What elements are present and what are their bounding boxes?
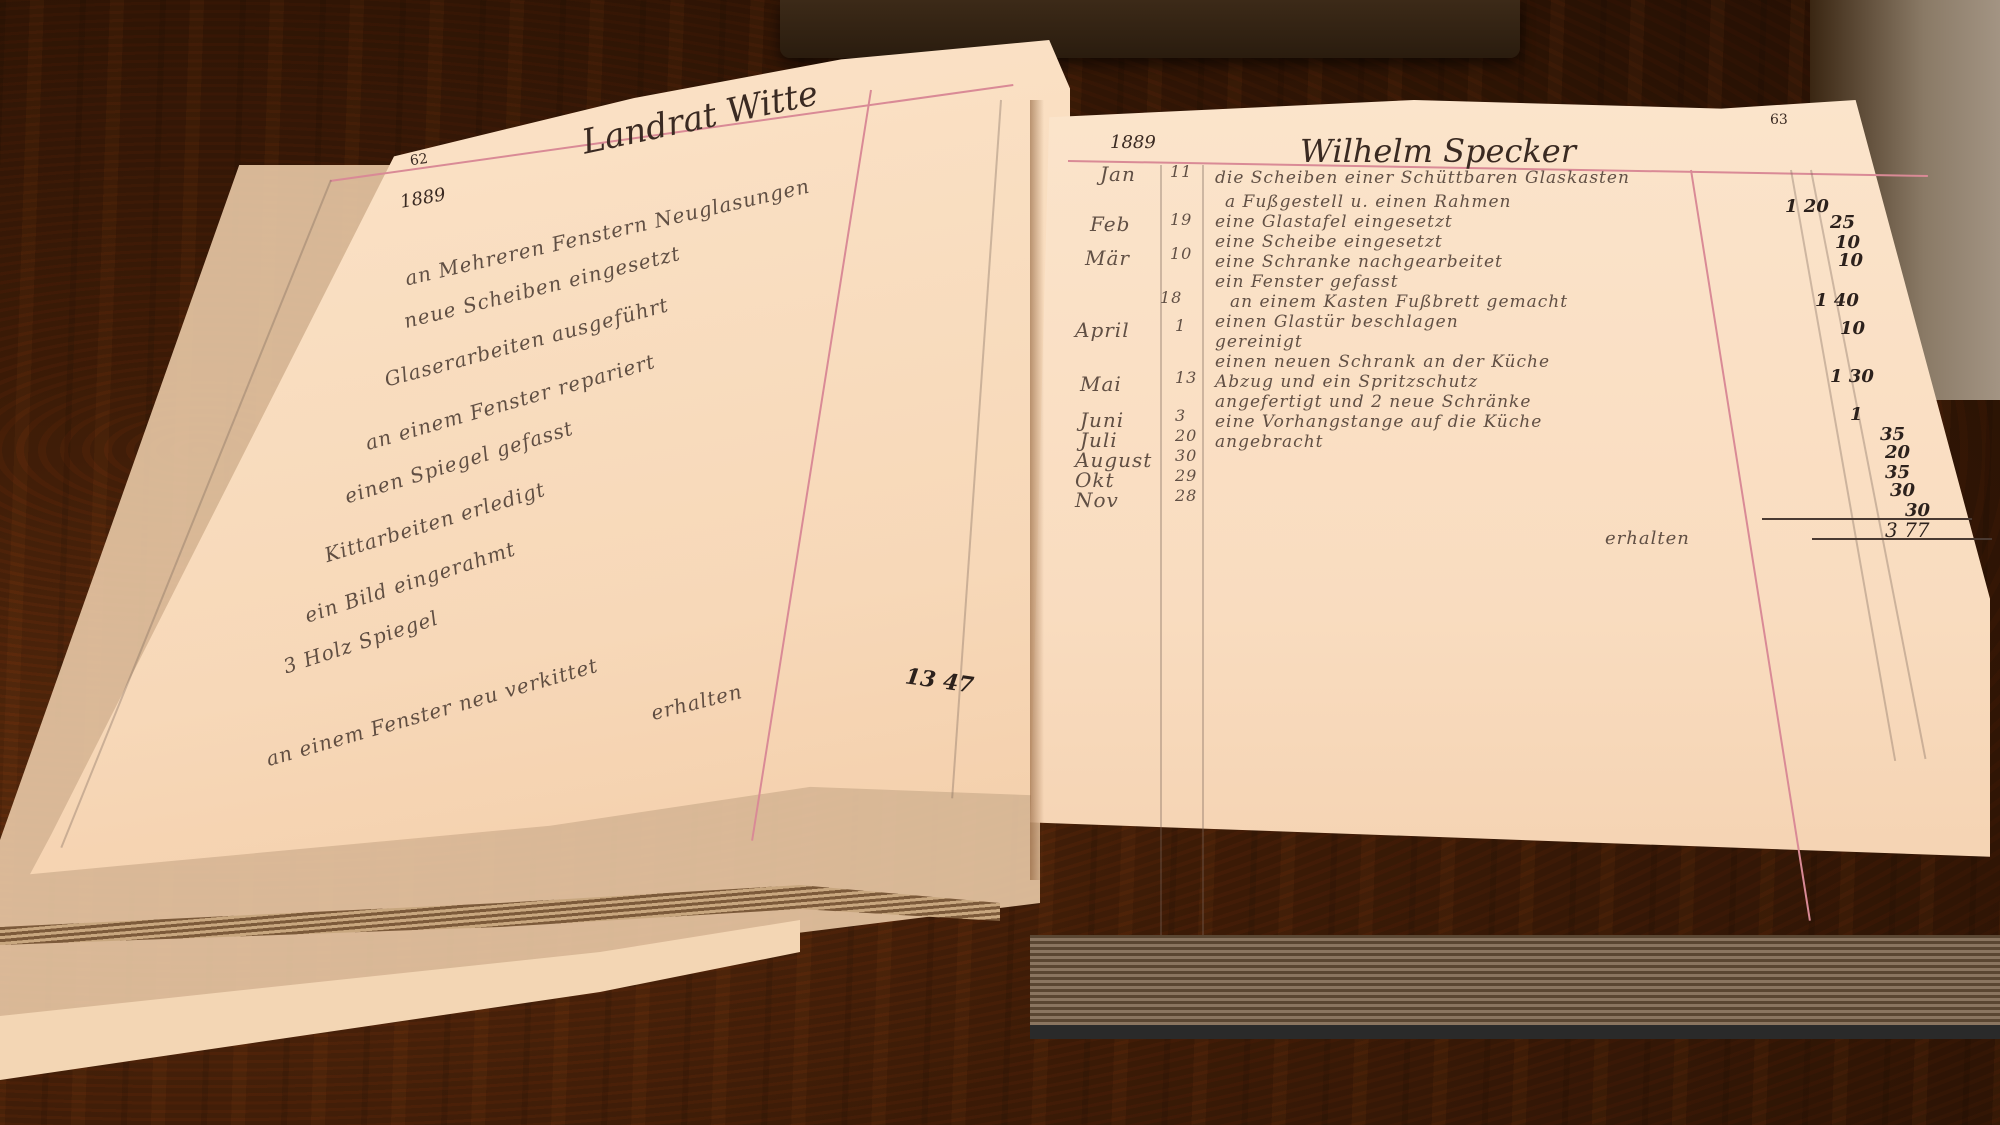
row-month: Jan (1100, 162, 1136, 186)
row-amount: 20 (1885, 442, 1910, 463)
row-amount: 25 (1830, 212, 1855, 233)
row-text: angefertigt und 2 neue Schränke (1215, 392, 1531, 412)
row-text: Abzug und ein Spritzschutz (1215, 372, 1478, 392)
right-page-edges (1030, 935, 2000, 1039)
row-day: 1 (1175, 316, 1186, 335)
book-spine (1030, 100, 1044, 880)
row-month: Feb (1090, 212, 1130, 236)
left-page-number: 62 (409, 151, 429, 169)
row-text: einen neuen Schrank an der Küche (1215, 352, 1550, 372)
row-day: 30 (1175, 446, 1197, 465)
row-text: eine Schranke nachgearbeitet (1215, 252, 1503, 272)
row-day: 20 (1175, 426, 1197, 445)
row-text: einen Glastür beschlagen (1215, 312, 1459, 332)
row-text: ein Fenster gefasst (1215, 272, 1399, 292)
row-amount: 10 (1838, 250, 1863, 271)
row-day: 18 (1160, 288, 1182, 307)
subtotal-rule (1762, 518, 1972, 520)
row-text: an einem Kasten Fußbrett gemacht (1230, 292, 1568, 312)
row-amount: 1 (1850, 404, 1863, 425)
row-day: 11 (1170, 162, 1192, 181)
row-month: Nov (1075, 488, 1119, 512)
background-book (780, 0, 1520, 58)
row-month: Mär (1085, 246, 1130, 270)
row-amount: 30 (1890, 480, 1915, 501)
row-text: eine Glastafel eingesetzt (1215, 212, 1453, 232)
row-month: Mai (1080, 372, 1122, 396)
row-text: eine Scheibe eingesetzt (1215, 232, 1443, 252)
row-day: 19 (1170, 210, 1192, 229)
row-text: die Scheiben einer Schüttbaren Glaskaste… (1215, 168, 1630, 188)
row-text: a Fußgestell u. einen Rahmen (1225, 192, 1512, 212)
row-text: eine Vorhangstange auf die Küche (1215, 412, 1542, 432)
right-page-number: 63 (1770, 112, 1788, 128)
row-amount: 1 20 (1785, 196, 1829, 217)
row-day: 29 (1175, 466, 1197, 485)
row-amount: 10 (1840, 318, 1865, 339)
right-year: 1889 (1110, 132, 1156, 153)
right-closing-text: erhalten (1605, 528, 1690, 549)
row-text: gereinigt (1215, 332, 1303, 352)
total-rule (1812, 538, 1992, 540)
row-amount: 1 30 (1830, 366, 1874, 387)
right-day-rule (1202, 165, 1204, 935)
row-amount: 1 40 (1815, 290, 1859, 311)
row-month: April (1075, 318, 1130, 342)
row-day: 13 (1175, 368, 1197, 387)
right-account-header: Wilhelm Specker (1300, 132, 1576, 170)
row-day: 28 (1175, 486, 1197, 505)
row-day: 3 (1175, 406, 1186, 425)
right-month-rule (1160, 165, 1162, 935)
row-day: 10 (1170, 244, 1192, 263)
row-text: angebracht (1215, 432, 1323, 452)
